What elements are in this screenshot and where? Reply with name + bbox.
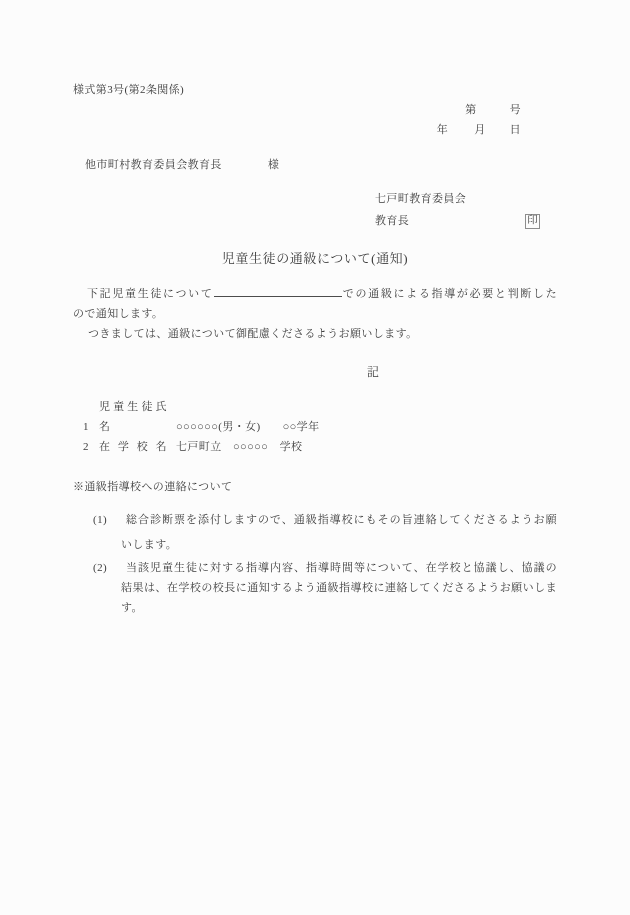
record-marker: 記 bbox=[367, 362, 557, 382]
record-item-number: 1 bbox=[83, 417, 99, 437]
note-number: (2) bbox=[93, 558, 107, 578]
note-item-1: (1) 総合診断票を添付しますので、通級指導校にもその旨連絡してくださるようお願… bbox=[93, 510, 557, 555]
record-row-student-name: 1児童生徒氏名○○○○○○(男・女)○○学年 bbox=[83, 397, 557, 437]
date-line: 年月日 bbox=[73, 120, 557, 140]
body-paragraph-1-line-2: ので通知します。 bbox=[73, 304, 557, 324]
note-item-2: (2) 当該児童生徒に対する指導内容、指導時間等について、在学校と協議し、協議の… bbox=[93, 558, 557, 618]
doc-number-line: 第号 bbox=[73, 100, 557, 120]
sender-title-row: 教育長 印 bbox=[375, 210, 540, 232]
sender-block: 七戸町教育委員会 教育長 印 bbox=[375, 188, 540, 232]
doc-number-suffix: 号 bbox=[510, 104, 521, 116]
doc-number-prefix: 第 bbox=[465, 104, 476, 116]
fill-in-blank bbox=[214, 284, 342, 297]
body-text-after-blank: での通級による指導が必要と判断した bbox=[342, 288, 557, 300]
body-paragraph-1-line-1: 下記児童生徒についてでの通級による指導が必要と判断した bbox=[73, 284, 557, 304]
date-year-label: 年 bbox=[437, 124, 448, 136]
note-line: す。 bbox=[121, 598, 557, 618]
form-number: 様式第3号(第2条関係) bbox=[73, 80, 557, 100]
note-number: (1) bbox=[93, 510, 107, 530]
date-day-label: 日 bbox=[510, 124, 521, 136]
seal-mark: 印 bbox=[525, 214, 540, 229]
body-text-before-blank: 下記児童生徒について bbox=[87, 288, 214, 300]
note-line: 当該児童生徒に対する指導内容、指導時間等について、在学校と協議し、協議の bbox=[121, 558, 557, 578]
notes-heading: ※通級指導校への連絡について bbox=[73, 477, 557, 497]
record-item-value: ○○○○○○(男・女) bbox=[176, 421, 261, 433]
document-page: 様式第3号(第2条関係) 第号 年月日 他市町村教育委員会教育長様 七戸町教育委… bbox=[0, 0, 630, 915]
addressee-honorific: 様 bbox=[268, 159, 279, 171]
record-item-value: 七戸町立 ○○○○○ 学校 bbox=[176, 441, 302, 453]
record-item-number: 2 bbox=[83, 437, 99, 457]
body-paragraph-2: つきましては、通級について御配慮くださるようお願いします。 bbox=[73, 324, 557, 344]
note-line: いします。 bbox=[121, 535, 557, 555]
addressee-line: 他市町村教育委員会教育長様 bbox=[85, 155, 557, 175]
record-item-extra: ○○学年 bbox=[283, 421, 320, 433]
sender-title: 教育長 bbox=[375, 210, 409, 232]
record-row-school-name: 2在 学 校 名七戸町立 ○○○○○ 学校 bbox=[83, 437, 557, 457]
record-item-label: 児童生徒氏名 bbox=[99, 397, 167, 437]
record-item-label: 在 学 校 名 bbox=[99, 437, 167, 457]
note-line: 総合診断票を添付しますので、通級指導校にもその旨連絡してくださるようお願 bbox=[121, 510, 557, 530]
sender-organization: 七戸町教育委員会 bbox=[375, 188, 540, 210]
date-month-label: 月 bbox=[474, 124, 485, 136]
note-line: 結果は、在学校の校長に通知するよう通級指導校に連絡してくださるようお願いしま bbox=[121, 578, 557, 598]
document-title: 児童生徒の通級について(通知) bbox=[73, 249, 557, 269]
addressee-name: 他市町村教育委員会教育長 bbox=[85, 159, 222, 171]
